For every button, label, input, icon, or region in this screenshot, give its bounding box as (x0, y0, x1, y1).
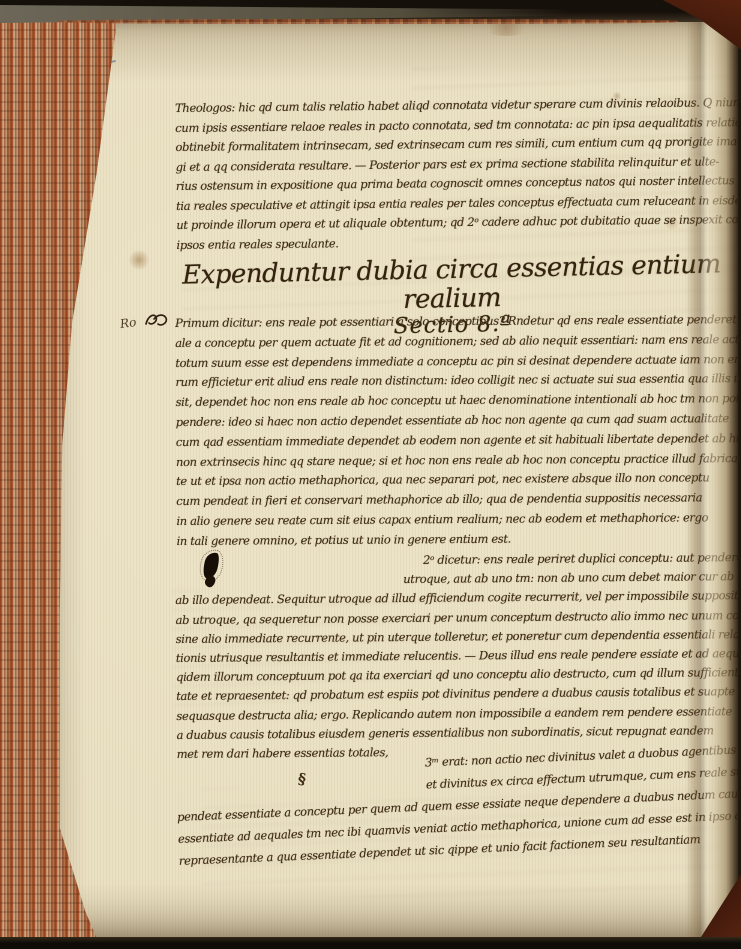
paragraph-3: 2ᵒ dicetur: ens reale periret duplici co… (175, 552, 741, 768)
page-top-edge-rim (58, 19, 678, 24)
paragraph-1: Theologos: hic qd cum talis relatio habe… (175, 97, 741, 259)
manuscript-photo: 55 Theologos: hic qd cum talis relatio h… (0, 0, 741, 949)
paragraph-4: 3ᵐ erat: non actio nec divinitus valet a… (175, 744, 741, 878)
manuscript-page: 55 Theologos: hic qd cum talis relatio h… (52, 18, 738, 939)
paragraph-2: Primum dicitur: ens reale pot essentiari… (175, 314, 741, 556)
margin-note: Ro (119, 315, 137, 331)
paper-stain (128, 250, 150, 270)
flourish-mark-icon (144, 310, 170, 334)
photo-bottom-border (0, 937, 741, 949)
